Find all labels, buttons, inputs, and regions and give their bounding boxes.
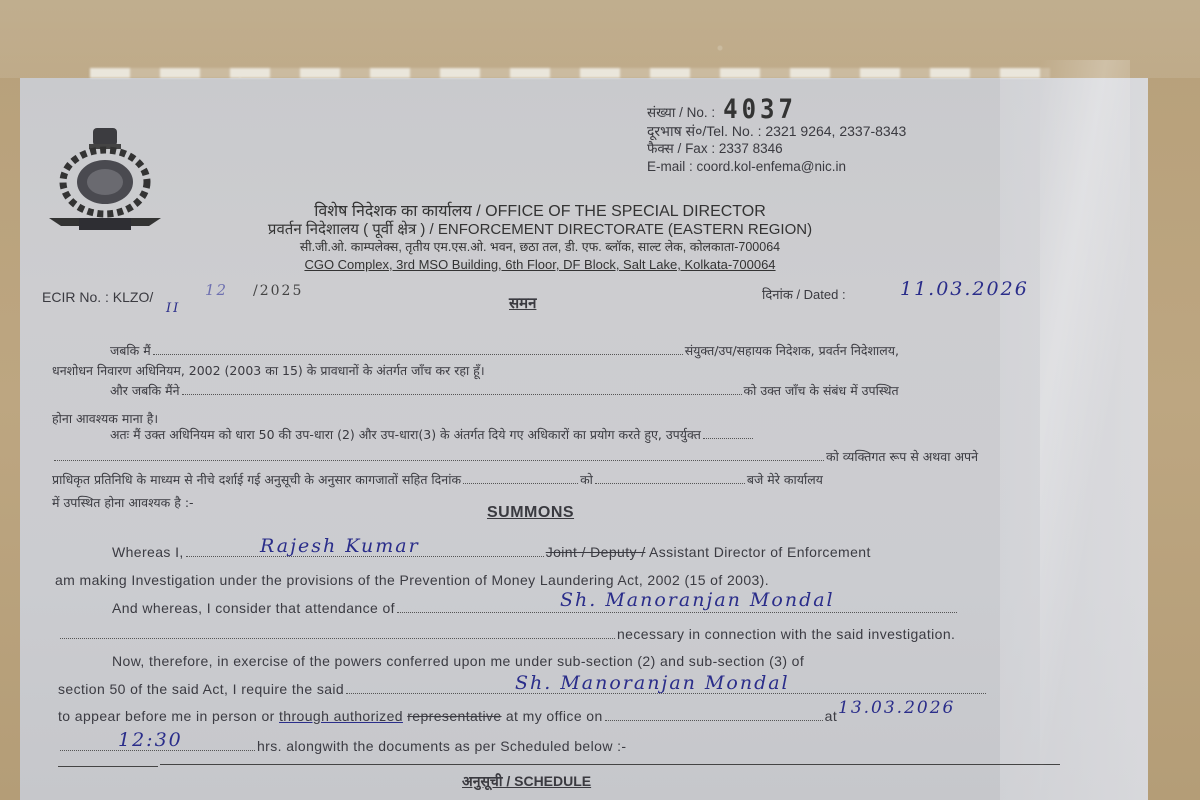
tape-edge	[90, 68, 1050, 78]
summons-text: And whereas, I consider that attendance …	[112, 600, 395, 616]
hindi-text: और जबकि मैंने	[110, 383, 180, 398]
fax: फैक्स / Fax : 2337 8346	[647, 140, 906, 158]
office-header: विशेष निदेशक का कार्यालय / OFFICE OF THE…	[180, 203, 900, 273]
hindi-line-2: धनशोधन निवारण अधिनियम, 2002 (2003 का 15)…	[52, 362, 485, 379]
tape-strip	[0, 0, 1200, 78]
hindi-line-3: और जबकि मैंनेको उक्त जाँच के संबंध में उ…	[110, 382, 899, 399]
hindi-text: को उक्त जाँच के संबंध में उपस्थित	[744, 383, 899, 398]
national-emblem-icon	[45, 126, 165, 234]
ecir-year: /2025	[253, 283, 303, 299]
hindi-line-8: में उपस्थित होना आवश्यक है :-	[52, 494, 194, 511]
hindi-line-6: को व्यक्तिगत रूप से अथवा अपने	[52, 448, 978, 465]
hindi-text: प्राधिकृत प्रतिनिधि के माध्यम से नीचे दर…	[52, 472, 461, 487]
struck-designation: Joint / Deputy /	[546, 544, 646, 560]
hindi-line-7: प्राधिकृत प्रतिनिधि के माध्यम से नीचे दर…	[52, 471, 823, 488]
summons-line-4: necessary in connection with the said in…	[58, 626, 955, 642]
email: E-mail : coord.kol-enfema@nic.in	[647, 158, 906, 176]
dated-label: दिनांक / Dated :	[762, 285, 846, 303]
person-name: Sh. Manoranjan Mondal	[560, 589, 835, 611]
ecir-row: ECIR No. : KLZO/	[42, 289, 153, 305]
hindi-line-5: अतः मैं उक्त अधिनियम को धारा 50 की उप-धा…	[110, 426, 755, 443]
summons-text: at	[825, 708, 837, 724]
hindi-text: को	[580, 472, 593, 487]
struck-text: representative	[407, 708, 501, 724]
officer-name: Rajesh Kumar	[260, 535, 420, 557]
hindi-text: संयुक्त/उप/सहायक निदेशक, प्रवर्तन निदेशा…	[685, 343, 899, 358]
summons-text: hrs. alongwith the documents as per Sche…	[257, 738, 626, 754]
schedule-title: अनुसूची / SCHEDULE	[462, 772, 591, 791]
ecir-label: ECIR No. : KLZO/	[42, 289, 153, 305]
summons-text: through authorized	[279, 708, 403, 724]
hindi-text: अतः मैं उक्त अधिनियम को धारा 50 की उप-धा…	[110, 427, 701, 442]
summons-line-1: Whereas I,Joint / Deputy / Assistant Dir…	[112, 544, 871, 560]
hindi-line-1: जबकि मैंसंयुक्त/उप/सहायक निदेशक, प्रवर्त…	[110, 342, 899, 359]
address-hindi: सी.जी.ओ. काम्पलेक्स, तृतीय एम.एस.ओ. भवन,…	[180, 239, 900, 256]
divider	[160, 764, 1060, 765]
summons-text: at my office on	[506, 708, 603, 724]
divider	[58, 766, 158, 767]
summons-text: Whereas I,	[112, 544, 184, 560]
dated-value: 11.03.2026	[900, 278, 1029, 300]
directorate-title: प्रवर्तन निदेशालय ( पूर्वी क्षेत्र ) / E…	[180, 221, 900, 239]
summons-title: SUMMONS	[487, 504, 574, 522]
summons-line-7: to appear before me in person or through…	[58, 708, 837, 724]
hindi-text: बजे मेरे कार्यालय	[747, 472, 823, 487]
hindi-text: जबकि मैं	[110, 343, 151, 358]
hindi-line-4: होना आवश्यक माना है।	[52, 410, 158, 427]
summons-text: necessary in connection with the said in…	[617, 626, 955, 642]
plastic-glare	[1040, 60, 1130, 800]
contact-block: संख्या / No. : 4037 दूरभाष सं०/Tel. No. …	[647, 100, 906, 176]
appear-date: 13.03.2026	[838, 698, 955, 718]
summons-line-2: am making Investigation under the provis…	[55, 572, 769, 588]
hindi-text: को व्यक्तिगत रूप से अथवा अपने	[826, 449, 978, 464]
person-name-2: Sh. Manoranjan Mondal	[515, 672, 790, 694]
office-title: विशेष निदेशक का कार्यालय / OFFICE OF THE…	[180, 203, 900, 221]
hindi-title: समन	[509, 293, 536, 313]
appear-time: 12:30	[118, 729, 183, 751]
summons-text: to appear before me in person or	[58, 708, 275, 724]
telephone: दूरभाष सं०/Tel. No. : 2321 9264, 2337-83…	[647, 122, 906, 140]
number-label: संख्या / No. :	[647, 104, 715, 122]
address-english: CGO Complex, 3rd MSO Building, 6th Floor…	[180, 256, 900, 273]
document-number: 4037	[723, 99, 797, 119]
ecir-sub: II	[166, 301, 180, 316]
ecir-number: 12	[205, 281, 228, 299]
summons-line-5: Now, therefore, in exercise of the power…	[112, 653, 804, 669]
designation-text: Assistant Director of Enforcement	[649, 544, 871, 560]
summons-text: section 50 of the said Act, I require th…	[58, 681, 344, 697]
